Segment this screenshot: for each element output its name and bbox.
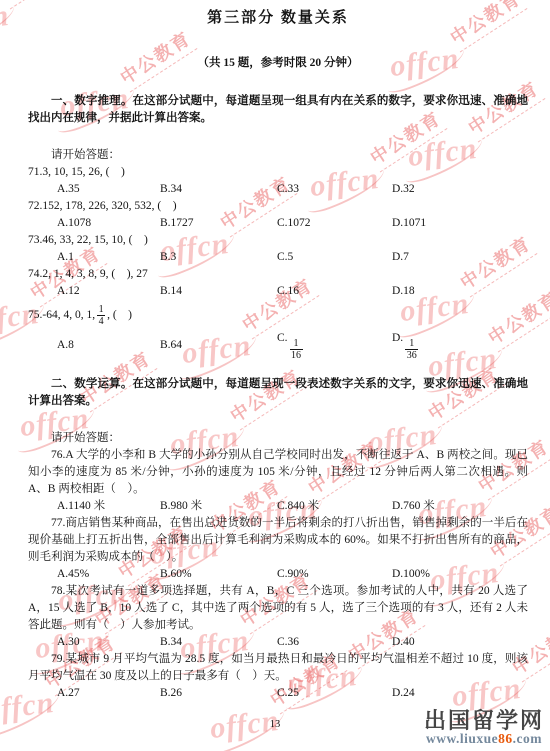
question-stem-79: 79.某城市 9 月平均气温为 28.5 度，如当月最热日和最冷日的平均气温相差…	[28, 651, 528, 685]
option-79-b: B.26	[160, 685, 277, 702]
option-75-a: A.8	[57, 337, 160, 354]
options-row-72: A.1078 B.1727 C.1072 D.1071	[57, 215, 528, 232]
option-76-c: C.840 米	[277, 498, 392, 515]
option-73-c: C.5	[277, 249, 392, 266]
option-71-c: C.33	[277, 181, 392, 198]
option-77-c: C.90%	[277, 566, 392, 583]
question-stem-74: 74.2, 1, 4, 3, 8, 9, ( ), 27	[28, 266, 528, 283]
options-row-78: A.30 B.34 C.36 D.40	[57, 634, 528, 651]
option-73-b: B.3	[160, 249, 277, 266]
option-72-c: C.1072	[277, 215, 392, 232]
question-stem-71: 71.3, 10, 15, 26, ( )	[28, 164, 528, 181]
option-78-a: A.30	[57, 634, 160, 651]
option-73-d: D.7	[392, 249, 528, 266]
option-71-d: D.32	[392, 181, 528, 198]
question-stem-77: 77.商店销售某种商品，在售出总进货数的一半后将剩余的打八折出售，销售掉剩余的一…	[28, 515, 528, 566]
option-78-b: B.34	[160, 634, 277, 651]
option-78-c: C.36	[277, 634, 392, 651]
options-row-79: A.27 B.26 C.25 D.24	[57, 685, 528, 702]
options-row-73: A.1 B.3 C.5 D.7	[57, 249, 528, 266]
option-75-c: C.116	[277, 330, 392, 361]
fraction: 116	[290, 338, 303, 361]
site-url-suffix: .com	[513, 731, 542, 746]
section2-heading: 二、数学运算。在这部分试题中，每道题呈现一段表述数字关系的文字，要求你迅速、准确…	[28, 376, 528, 410]
question-stem-75: 75.-64, 4, 0, 1, 14 , ( )	[28, 300, 528, 330]
document-page: offcn中公教育offcn中公教育offcn中公教育offcn中公教育offc…	[0, 0, 550, 751]
section2-start-prompt: 请开始答题：	[28, 430, 528, 447]
option-74-b: B.14	[160, 283, 277, 300]
page-title: 第三部分 数量关系	[28, 10, 528, 27]
options-row-77: A.45% B.60% C.90% D.100%	[57, 566, 528, 583]
option-72-a: A.1078	[57, 215, 160, 232]
option-71-b: B.34	[160, 181, 277, 198]
stem-75-pre: 75.-64, 4, 0, 1,	[28, 307, 95, 324]
question-stem-78: 78.某次考试有一道多项选择题，共有 A，B，C 三个选项。参加考试的人中，共有…	[28, 583, 528, 634]
option-72-b: B.1727	[160, 215, 277, 232]
question-stem-72: 72.152, 178, 226, 320, 532, ( )	[28, 198, 528, 215]
section1-start-prompt: 请开始答题：	[28, 147, 528, 164]
stem-75-post: , ( )	[107, 307, 132, 324]
fraction: 136	[405, 338, 418, 361]
options-row-75: A.8 B.64 C.116 D.136	[57, 330, 528, 360]
option-79-c: C.25	[277, 685, 392, 702]
option-75-b: B.64	[160, 337, 277, 354]
options-row-76: A.1140 米 B.980 米 C.840 米 D.760 米	[57, 498, 528, 515]
option-74-c: C.16	[277, 283, 392, 300]
options-row-74: A.12 B.14 C.16 D.18	[57, 283, 528, 300]
option-79-d: D.24	[392, 685, 528, 702]
site-url-highlight: 86	[498, 731, 513, 746]
site-name: 出国留学网	[424, 709, 544, 732]
option-71-a: A.35	[57, 181, 160, 198]
options-row-71: A.35 B.34 C.33 D.32	[57, 181, 528, 198]
option-74-d: D.18	[392, 283, 528, 300]
site-badge: 出国留学网 www.liuxue86.com	[424, 709, 544, 746]
question-stem-73: 73.46, 33, 22, 15, 10, ( )	[28, 232, 528, 249]
option-79-a: A.27	[57, 685, 160, 702]
option-77-b: B.60%	[160, 566, 277, 583]
option-77-a: A.45%	[57, 566, 160, 583]
section1-heading: 一、数字推理。在这部分试题中，每道题呈现一组具有内在关系的数字，要求你迅速、准确…	[28, 93, 528, 127]
option-76-b: B.980 米	[160, 498, 277, 515]
option-77-d: D.100%	[392, 566, 528, 583]
option-75-d: D.136	[392, 330, 528, 361]
site-url: www.liuxue86.com	[424, 732, 544, 746]
fraction: 14	[97, 304, 105, 327]
question-stem-76: 76.A 大学的小李和 B 大学的小孙分别从自己学校同时出发，不断往返于 A、B…	[28, 447, 528, 498]
exam-meta: （共 15 题，参考时限 20 分钟）	[28, 55, 528, 72]
option-74-a: A.12	[57, 283, 160, 300]
option-76-d: D.760 米	[392, 498, 528, 515]
document-content: 第三部分 数量关系 （共 15 题，参考时限 20 分钟） 一、数字推理。在这部…	[0, 0, 550, 702]
site-url-prefix: www.liuxue	[426, 731, 498, 746]
option-73-a: A.1	[57, 249, 160, 266]
option-78-d: D.40	[392, 634, 528, 651]
option-76-a: A.1140 米	[57, 498, 160, 515]
option-72-d: D.1071	[392, 215, 528, 232]
